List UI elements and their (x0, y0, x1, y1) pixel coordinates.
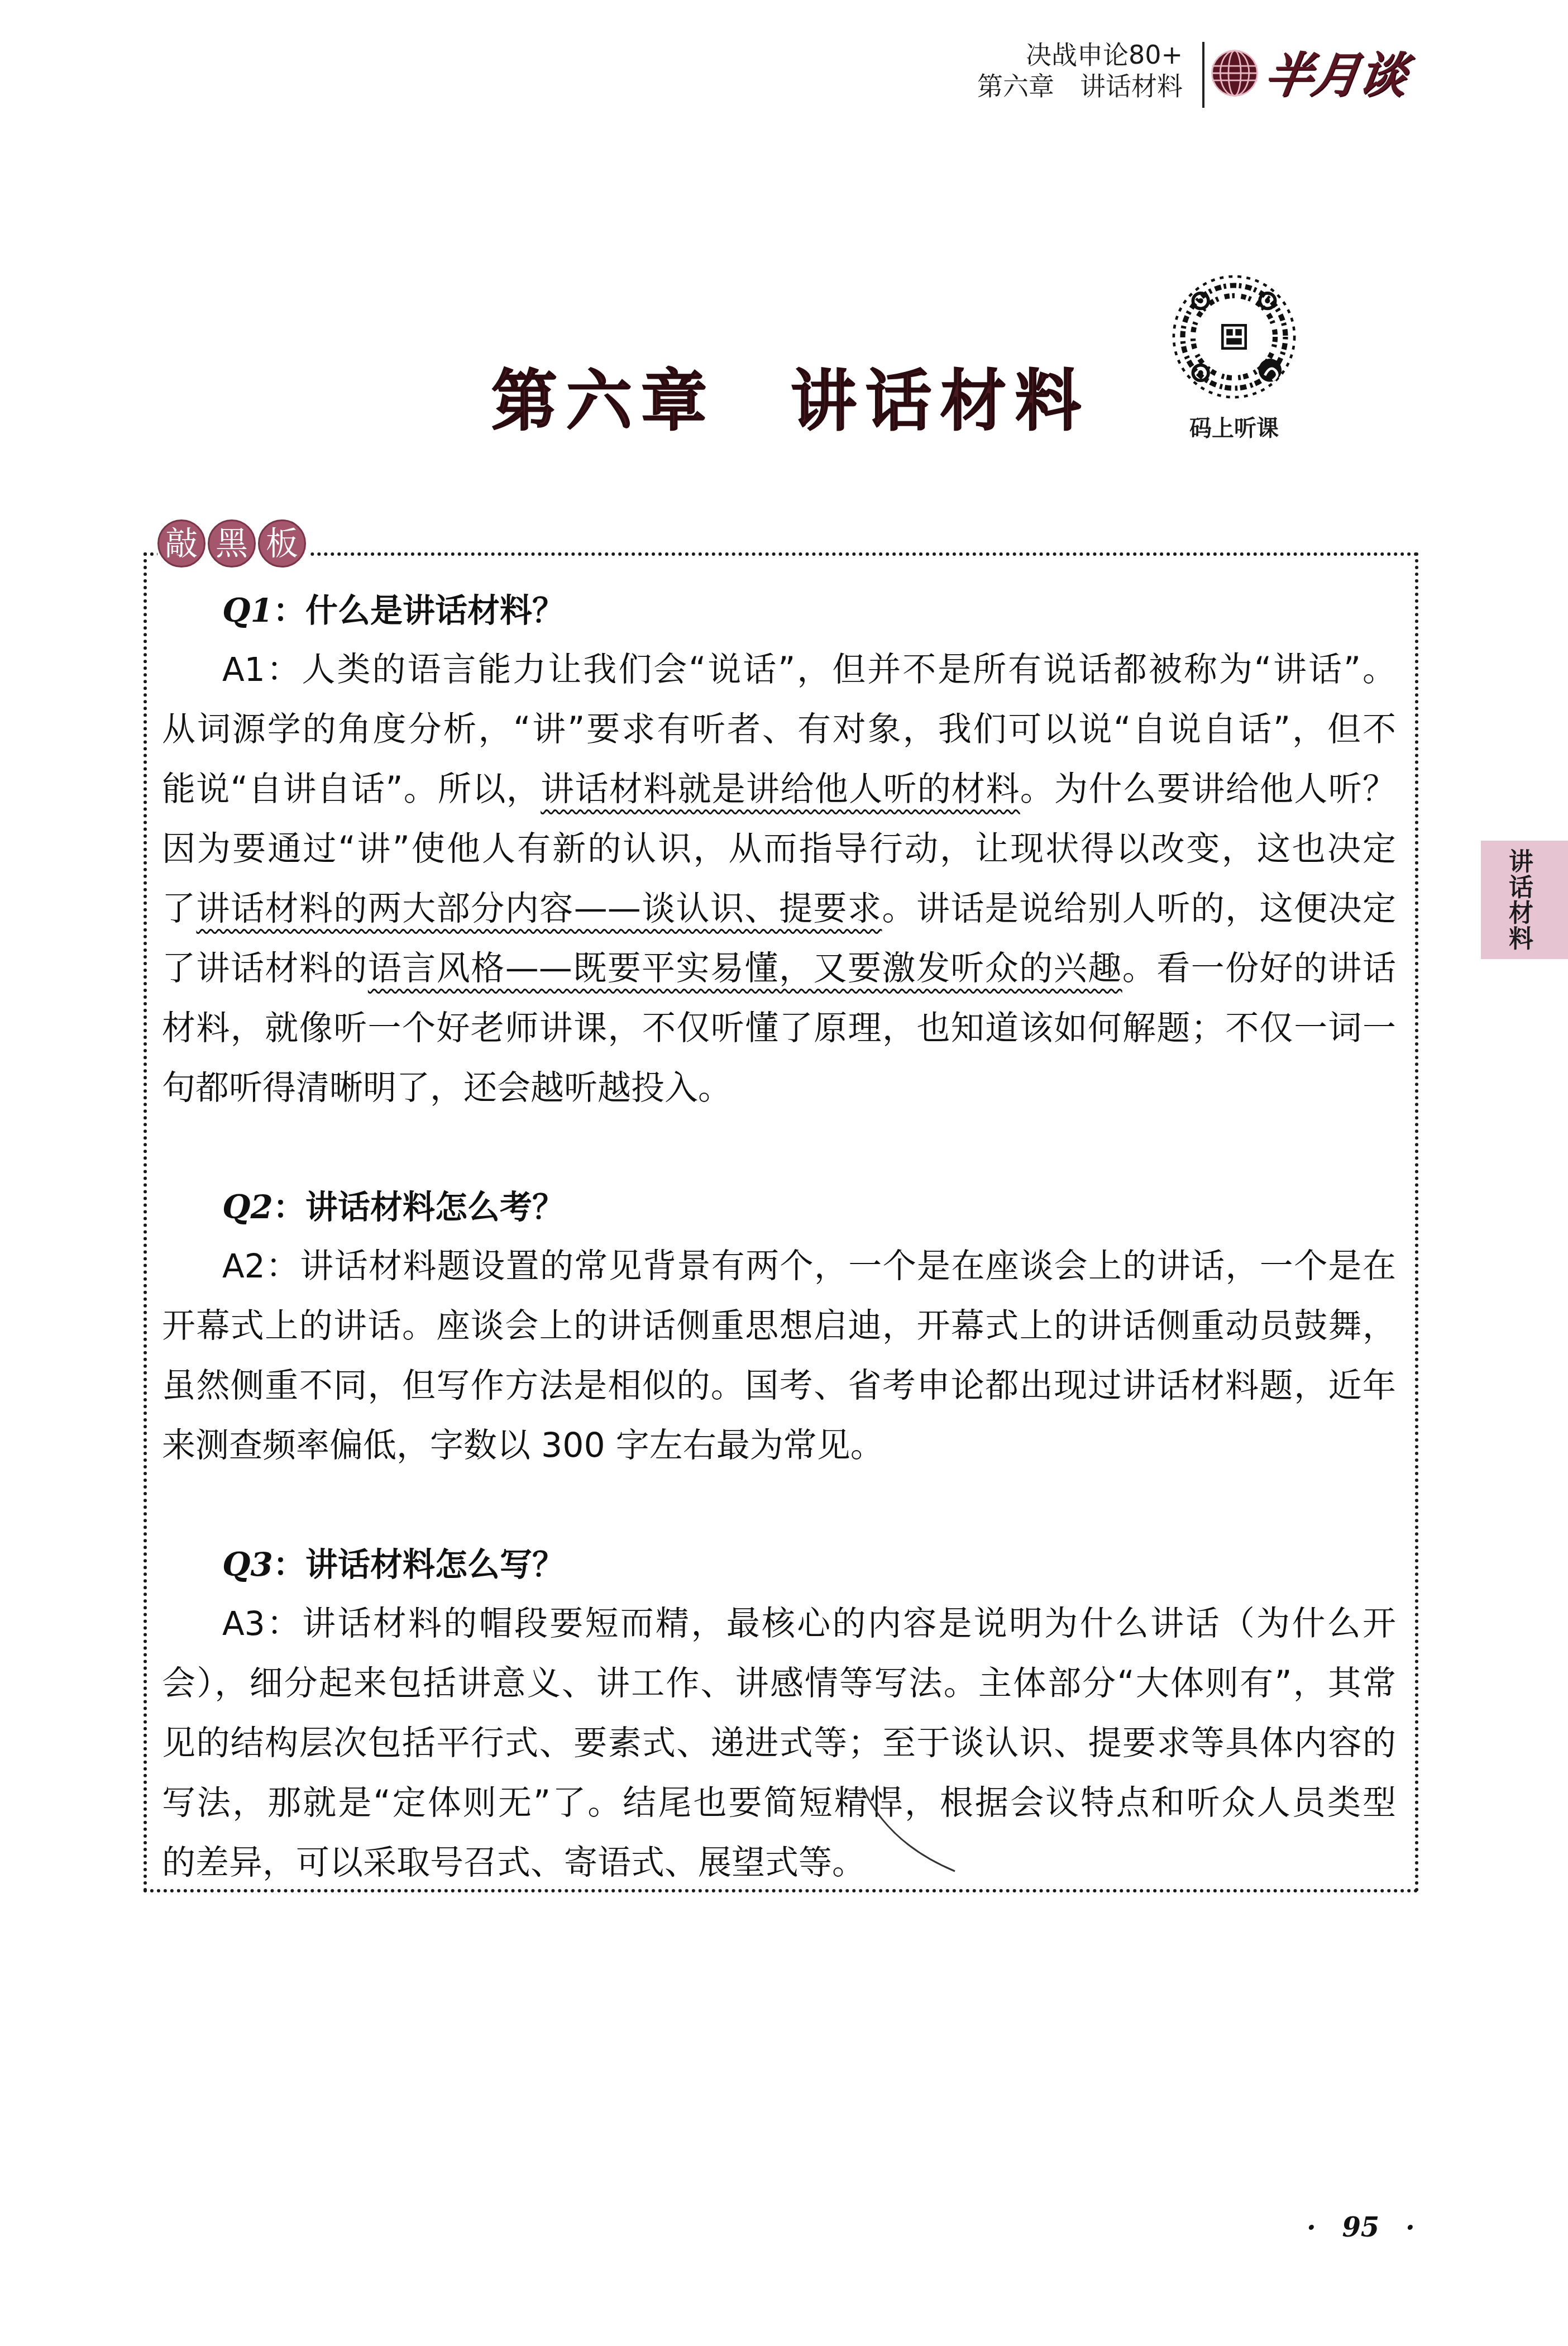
side-tab-label: 讲话材料 (1498, 848, 1531, 951)
question-heading: Q2：讲话材料怎么考？ (162, 1177, 1396, 1237)
answer-line: 从词源学的角度分析，“讲”要求有听者、有对象，我们可以说“自说自话”，但不 (162, 700, 1396, 760)
brand-name: 半月谈 (1260, 45, 1409, 106)
answer-line: 写法，那就是“定体则无”了。结尾也要简短精悍，根据会议特点和听众人员类型 (162, 1773, 1396, 1833)
answer-line: 句都听得清晰明了，还会越听越投入。 (162, 1058, 1396, 1118)
question-heading: Q3：讲话材料怎么写？ (162, 1535, 1396, 1594)
running-header: 决战申论80+ 第六章 讲话材料 (977, 39, 1183, 102)
qr-code-icon[interactable] (1170, 273, 1298, 401)
globe-icon (1209, 47, 1260, 99)
key-phrase-underline: 讲话材料的两大部分内容——谈认识、提要求 (196, 889, 882, 928)
answer-line: 开幕式上的讲话。座谈会上的讲话侧重思想启迪，开幕式上的讲话侧重动员鼓舞， (162, 1296, 1396, 1356)
answer-line: A3：讲话材料的帽段要短而精，最核心的内容是说明为什么讲话（为什么开 (162, 1594, 1396, 1654)
answer-line: 虽然侧重不同，但写作方法是相似的。国考、省考申论都出现过讲话材料题，近年 (162, 1356, 1396, 1416)
answer-line: 来测查频率偏低，字数以 300 字左右最为常见。 (162, 1416, 1396, 1476)
answer-line: 能说“自讲自话”。所以，讲话材料就是讲给他人听的材料。为什么要讲给他人听？ (162, 760, 1396, 819)
answer-line: 会），细分起来包括讲意义、讲工作、讲感情等写法。主体部分“大体则有”，其常 (162, 1654, 1396, 1714)
qa-content: Q1：什么是讲话材料？ A1：人类的语言能力让我们会“说话”，但并不是所有说话都… (162, 581, 1396, 1893)
header-divider (1202, 42, 1204, 108)
badge-char: 黑 (208, 519, 256, 568)
brand-logo: 半月谈 (1209, 45, 1432, 106)
chapter-title: 第六章 讲话材料 (491, 362, 1090, 440)
page-number: · 95 · (1307, 2212, 1415, 2243)
answer-line: 材料，就像听一个好老师讲课，不仅听懂了原理，也知道该如何解题；不仅一词一 (162, 999, 1396, 1058)
key-points-badge: 敲 黑 板 (157, 519, 310, 568)
chapter-side-tab[interactable]: 讲话材料 (1481, 841, 1568, 959)
badge-char: 敲 (157, 519, 205, 568)
answer-line: 了讲话材料的两大部分内容——谈认识、提要求。讲话是说给别人听的，这便决定 (162, 879, 1396, 939)
answer-line: 了讲话材料的语言风格——既要平实易懂，又要激发听众的兴趣。看一份好的讲话 (162, 939, 1396, 999)
chapter-label: 第六章 讲话材料 (977, 70, 1183, 102)
badge-char: 板 (258, 519, 306, 568)
answer-line: A1：人类的语言能力让我们会“说话”，但并不是所有说话都被称为“讲话”。 (162, 640, 1396, 700)
answer-line: 的差异，可以采取号召式、寄语式、展望式等。 (162, 1833, 1396, 1893)
question-heading: Q1：什么是讲话材料？ (162, 581, 1396, 640)
answer-line: 见的结构层次包括平行式、要素式、递进式等；至于谈认识、提要求等具体内容的 (162, 1714, 1396, 1773)
book-title: 决战申论80+ (977, 39, 1183, 70)
qr-label: 码上听课 (1173, 411, 1295, 442)
key-phrase-underline: 语言风格——既要平实易懂，又要激发听众的兴趣 (368, 949, 1122, 988)
answer-line: A2：讲话材料题设置的常见背景有两个，一个是在座谈会上的讲话，一个是在 (162, 1237, 1396, 1296)
answer-line: 因为要通过“讲”使他人有新的认识，从而指导行动，让现状得以改变，这也决定 (162, 819, 1396, 879)
key-phrase-underline: 讲话材料就是讲给他人听的材料 (541, 770, 1020, 809)
